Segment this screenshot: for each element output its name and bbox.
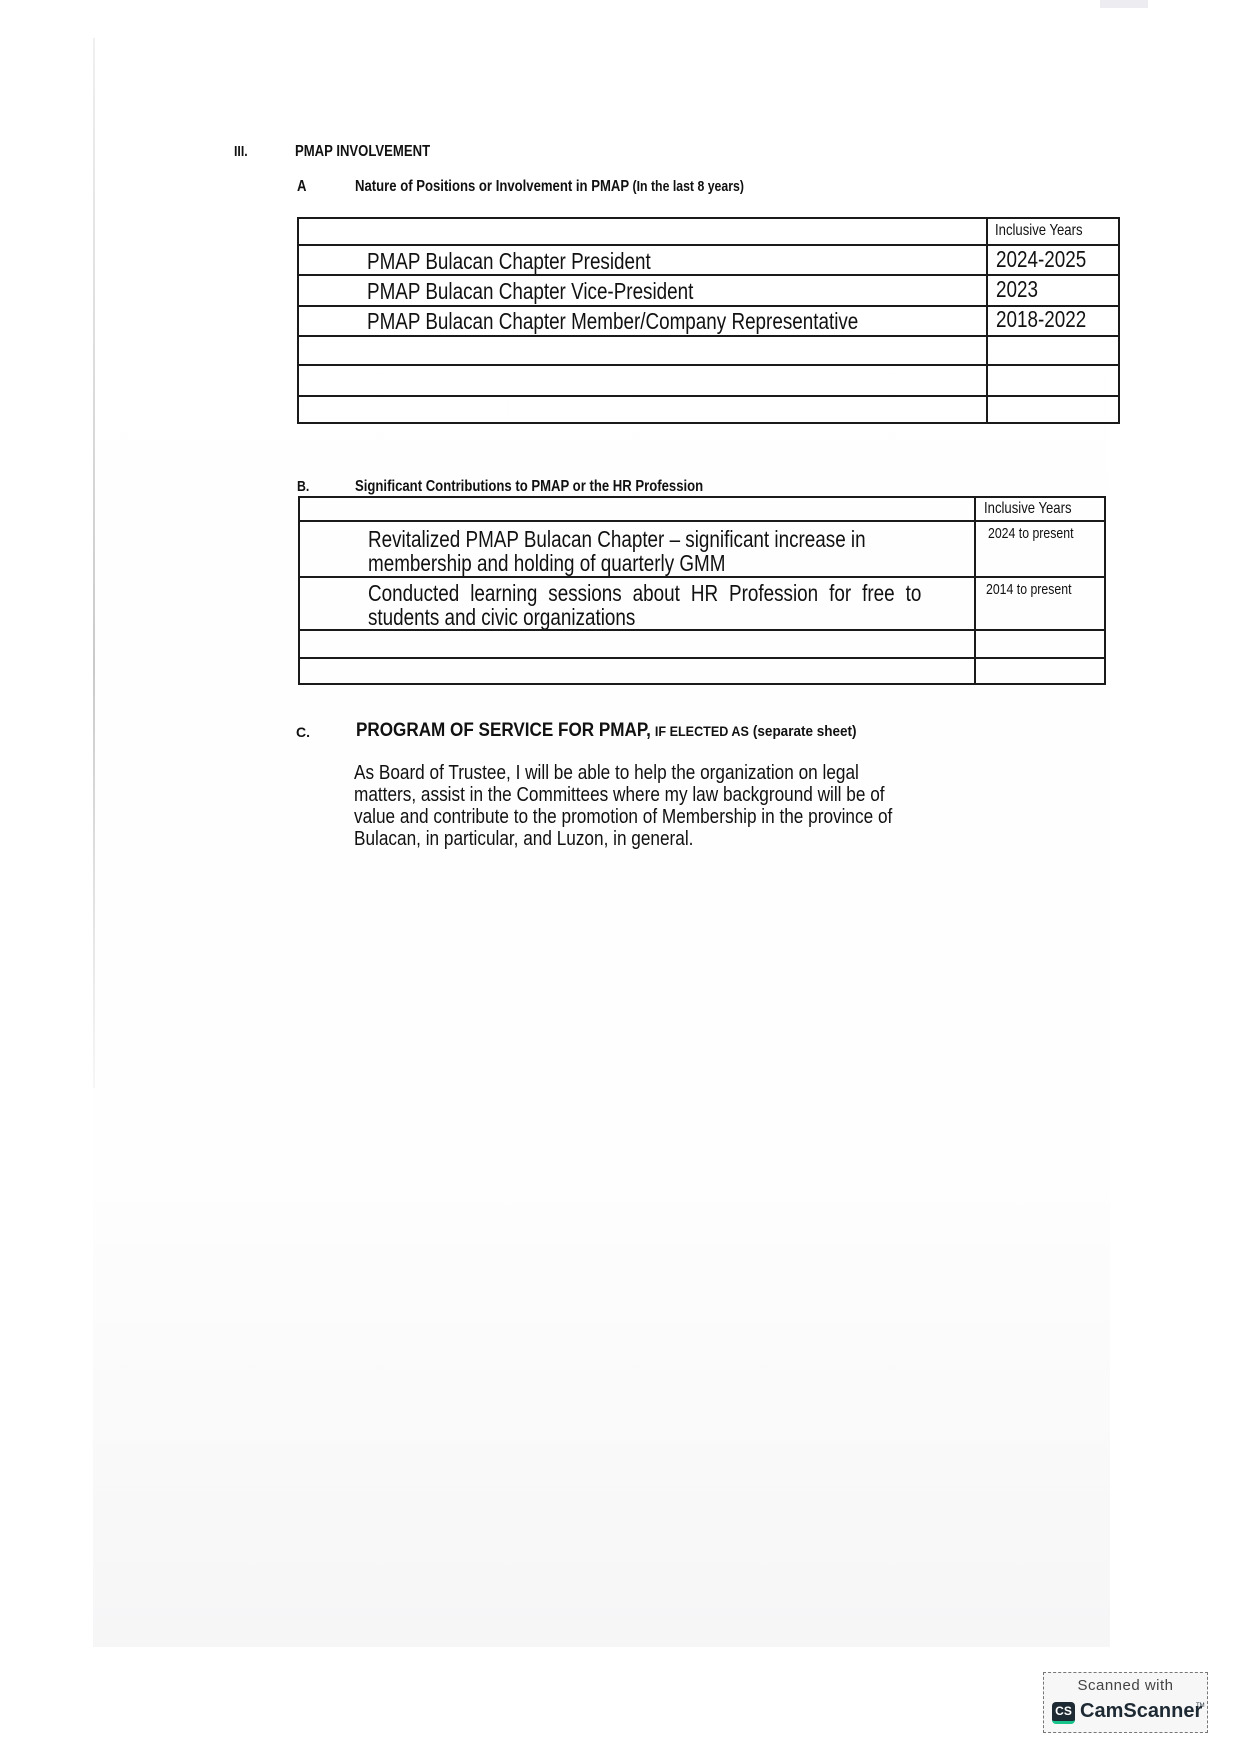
paragraph-line: matters, assist in the Committees where … <box>354 784 885 806</box>
table-row-empty <box>300 629 1104 657</box>
program-of-service-paragraph: As Board of Trustee, I will be able to h… <box>354 762 980 850</box>
part-c-letter: C. <box>296 724 310 740</box>
camscanner-logo-icon: CS <box>1052 1702 1075 1724</box>
table-row-empty <box>299 335 1118 364</box>
table-row: Revitalized PMAP Bulacan Chapter – signi… <box>300 520 1104 576</box>
part-c-title: PROGRAM OF SERVICE FOR PMAP, IF ELECTED … <box>356 720 912 742</box>
column-divider <box>986 397 988 422</box>
paragraph-line: Bulacan, in particular, and Luzon, in ge… <box>354 828 693 850</box>
column-divider <box>974 659 976 683</box>
part-b-letter-text: B. <box>297 478 309 495</box>
header-inclusive-years: Inclusive Years <box>995 222 1102 240</box>
column-divider <box>986 246 988 274</box>
column-divider <box>986 219 988 244</box>
section-title-text: PMAP INVOLVEMENT <box>295 143 430 161</box>
years-cell: 2024 to present <box>988 525 1092 542</box>
watermark-trademark: TM <box>1196 1703 1205 1709</box>
paragraph-line: As Board of Trustee, I will be able to h… <box>354 762 859 784</box>
part-a-letter-text: A <box>297 178 306 196</box>
table-row: PMAP Bulacan Chapter Vice-President 2023 <box>299 274 1118 305</box>
part-a-title: Nature of Positions or Involvement in PM… <box>355 178 829 196</box>
table-row: PMAP Bulacan Chapter Member/Company Repr… <box>299 305 1118 335</box>
table-row-empty <box>300 657 1104 683</box>
years-cell: 2024-2025 <box>996 246 1106 273</box>
watermark-caption: Scanned with <box>1044 1677 1207 1694</box>
part-b-title-text: Significant Contributions to PMAP or the… <box>355 478 703 496</box>
position-cell: PMAP Bulacan Chapter Member/Company Repr… <box>367 308 966 335</box>
paragraph-line: value and contribute to the promotion of… <box>354 806 892 828</box>
table-row: Conducted learning sessions about HR Pro… <box>300 576 1104 629</box>
positions-table-header: Inclusive Years <box>299 219 1118 244</box>
header-inclusive-years: Inclusive Years <box>984 500 1091 518</box>
part-c-title-note: (separate sheet) <box>753 723 857 740</box>
contribution-cell: Conducted learning sessions about HR Pro… <box>368 581 1043 629</box>
scan-artifact <box>1100 0 1148 8</box>
contributions-table-header: Inclusive Years <box>300 498 1104 520</box>
years-cell: 2018-2022 <box>996 306 1106 333</box>
part-a-title-text: Nature of Positions or Involvement in PM… <box>355 178 629 195</box>
part-c-title-small: IF ELECTED AS <box>655 723 749 739</box>
part-a-letter: A <box>297 178 309 196</box>
years-cell: 2014 to present <box>986 581 1090 598</box>
section-number-text: III. <box>234 143 248 160</box>
table-row-empty <box>299 395 1118 422</box>
years-cell: 2023 <box>996 276 1047 303</box>
position-cell: PMAP Bulacan Chapter Vice-President <box>367 278 765 305</box>
watermark-brand: CamScanner <box>1080 1700 1202 1723</box>
column-divider <box>974 631 976 657</box>
column-divider <box>986 366 988 395</box>
position-cell: PMAP Bulacan Chapter President <box>367 248 713 275</box>
part-b-letter: B. <box>297 478 312 495</box>
positions-table: Inclusive Years PMAP Bulacan Chapter Pre… <box>297 217 1120 424</box>
camscanner-watermark: Scanned with CS CamScanner TM <box>1043 1672 1208 1733</box>
section-number: III. <box>234 143 251 160</box>
part-c-title-text: PROGRAM OF SERVICE FOR PMAP, <box>356 720 651 741</box>
table-row-empty <box>299 364 1118 395</box>
column-divider <box>986 307 988 335</box>
part-c-letter-text: C. <box>296 724 310 740</box>
column-divider <box>986 337 988 364</box>
table-row: PMAP Bulacan Chapter President 2024-2025 <box>299 244 1118 274</box>
contributions-table: Inclusive Years Revitalized PMAP Bulacan… <box>298 496 1106 685</box>
column-divider <box>986 276 988 305</box>
section-title: PMAP INVOLVEMENT <box>295 143 460 161</box>
contribution-cell: Revitalized PMAP Bulacan Chapter – signi… <box>368 527 975 575</box>
part-a-title-note: (In the last 8 years) <box>633 178 744 195</box>
part-b-title: Significant Contributions to PMAP or the… <box>355 478 780 496</box>
column-divider <box>974 498 976 520</box>
scan-edge-line <box>93 38 95 1088</box>
